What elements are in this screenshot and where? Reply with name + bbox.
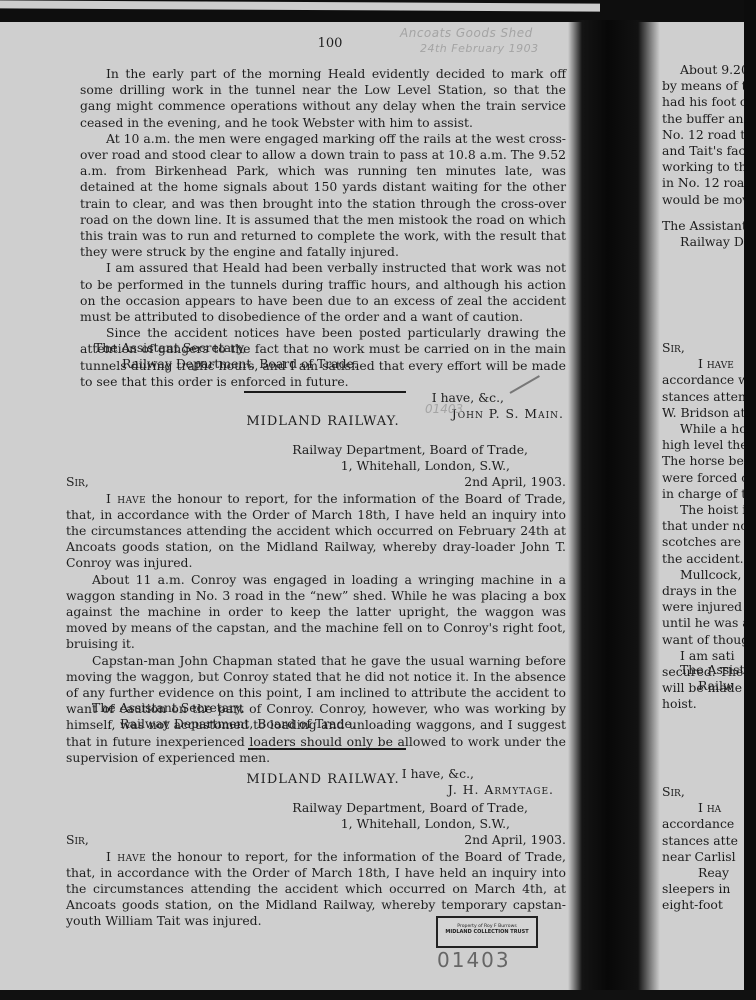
facing-line: No. 12 road the oth (662, 127, 746, 143)
facing-line: that under not (662, 518, 746, 534)
header-date: 2nd April, 1903. (464, 474, 566, 490)
section-divider (244, 391, 406, 393)
facing-line: About 9.20 p.m (662, 62, 746, 78)
addressee-line2: Railway Department, Board of Trade. (122, 356, 566, 372)
facing-line: I have (662, 356, 746, 372)
header-line1: Railway Department, Board of Trade, (66, 800, 566, 816)
book-gutter-shadow (568, 20, 660, 992)
facing-line: had his foot on the (662, 94, 746, 110)
handwritten-reference: 01403 (425, 402, 463, 416)
scanned-page: 100 Ancoats Goods Shed 24th February 190… (0, 0, 756, 1000)
handwritten-note-line1: Ancoats Goods Shed (400, 26, 533, 40)
report-3: Railway Department, Board of Trade, 1, W… (66, 800, 566, 930)
facing-line: would be moved at (662, 192, 746, 208)
addressee-line1: The Assistant Secretary, (94, 340, 566, 356)
facing-line: Mullcock, (662, 567, 746, 583)
salutation: Sir, (66, 474, 89, 490)
report-2: Railway Department, Board of Trade, 1, W… (66, 442, 566, 798)
header-line1: Railway Department, Board of Trade, (66, 442, 566, 458)
facing-line: Sir, (662, 340, 746, 356)
facing-line: by means of the tra (662, 78, 746, 94)
facing-line: in charge of the (662, 486, 746, 502)
paragraph: About 11 a.m. Conroy was engaged in load… (66, 572, 566, 653)
paragraph: I am assured that Heald had been verball… (80, 260, 566, 325)
opening-caps: I have (106, 491, 146, 506)
header-line2: 1, Whitehall, London, S.W., (66, 458, 566, 474)
facing-line: hoist. (662, 696, 746, 712)
facing-line: Railw (662, 678, 746, 694)
facing-line: Reay (662, 865, 746, 881)
facing-page-column-bottom: Sir, I ha accordance stances atte near C… (662, 784, 746, 914)
facing-line: The Assist (662, 662, 746, 678)
facing-line: working to the inst (662, 159, 746, 175)
facing-line: The Assistant S (662, 218, 746, 234)
facing-line: eight-foot (662, 897, 746, 913)
header-date: 2nd April, 1903. (464, 832, 566, 848)
facing-line: While a ho (662, 421, 746, 437)
facing-line: drays in the (662, 583, 746, 599)
facing-line: and Tait's face and (662, 143, 746, 159)
facing-line: stances attendin (662, 389, 746, 405)
facing-line: in No. 12 road out (662, 175, 746, 191)
letter-header: Railway Department, Board of Trade, 1, W… (66, 442, 566, 474)
opening-caps: I have (106, 849, 146, 864)
facing-line: accordance with (662, 372, 746, 388)
facing-line: were injured o (662, 599, 746, 615)
facing-addressee-bottom: The Assist Railw (662, 662, 746, 694)
salutation-row: Sir, 2nd April, 1903. (66, 832, 566, 848)
facing-line: stances atte (662, 833, 746, 849)
salutation: Sir, (66, 832, 89, 848)
stamp-line2: MIDLAND COLLECTION TRUST (438, 929, 536, 935)
section-divider (248, 748, 406, 750)
facing-page-column-mid: Sir, I have accordance with stances atte… (662, 340, 746, 713)
facing-line: want of thoug (662, 632, 746, 648)
facing-line: the buffer and draw (662, 111, 746, 127)
facing-page-column-top: About 9.20 p.m by means of the tra had h… (662, 62, 746, 208)
facing-line: the accident. (662, 551, 746, 567)
facing-line: until he was a (662, 615, 746, 631)
addressee-line1: The Assistant Secretary, (92, 700, 566, 716)
facing-addressee-top: The Assistant S Railway D (662, 218, 746, 250)
facing-line: I ha (662, 800, 746, 816)
facing-line: The horse becan (662, 453, 746, 469)
facing-line: The hoist i (662, 502, 746, 518)
addressee-line2: Railway Department, Board of Trade. (120, 716, 566, 732)
salutation-row: Sir, 2nd April, 1903. (66, 474, 566, 490)
handwritten-note-line2: 24th February 1903 (420, 42, 539, 55)
facing-line: sleepers in (662, 881, 746, 897)
section-title: MIDLAND RAILWAY. (80, 414, 566, 429)
paragraph: At 10 a.m. the men were engaged marking … (80, 131, 566, 261)
facing-line: scotches are als (662, 534, 746, 550)
facing-line: W. Bridson at S (662, 405, 746, 421)
facing-line: were forced op (662, 470, 746, 486)
scan-bottom-edge (0, 990, 756, 1000)
addressee-block: The Assistant Secretary, Railway Departm… (80, 340, 566, 372)
paragraph: In the early part of the morning Heald e… (80, 66, 566, 131)
facing-line: accordance (662, 816, 746, 832)
letter-header: Railway Department, Board of Trade, 1, W… (66, 800, 566, 832)
paragraph: I have the honour to report, for the inf… (66, 491, 566, 572)
header-line2: 1, Whitehall, London, S.W., (66, 816, 566, 832)
addressee-block: The Assistant Secretary, Railway Departm… (80, 700, 566, 732)
facing-line: Railway D (662, 234, 746, 250)
collection-stamp: Property of Roy F Burrows MIDLAND COLLEC… (436, 916, 538, 948)
scan-right-edge (744, 0, 756, 1000)
page-number: 100 (300, 36, 360, 51)
handwritten-reference-bottom: 01403 (437, 948, 511, 972)
section-title: MIDLAND RAILWAY. (80, 772, 566, 787)
facing-line: near Carlisl (662, 849, 746, 865)
facing-line: Sir, (662, 784, 746, 800)
facing-line: high level the h (662, 437, 746, 453)
